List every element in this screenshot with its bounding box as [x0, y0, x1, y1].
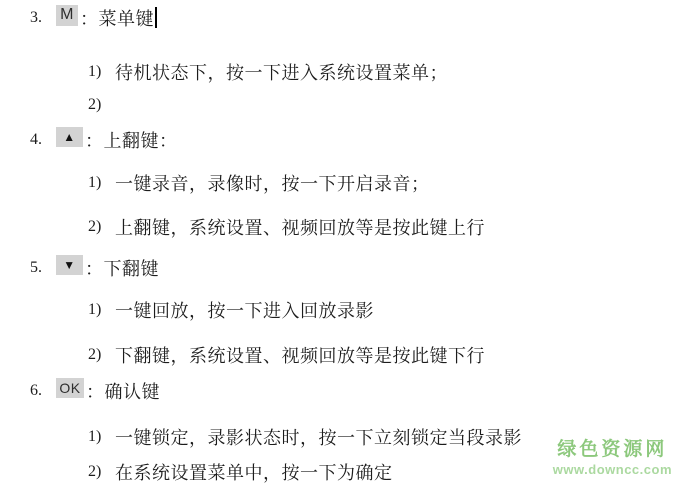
sub-text: 在系统设置菜单中，按一下为确定 [115, 459, 393, 485]
sub-text: 一键回放，按一下进入回放录影 [115, 297, 374, 323]
item-6-number: 6. [30, 382, 56, 400]
watermark-url: www.downcc.com [553, 463, 672, 477]
item-6-sub-1: 1) 一键锁定，录影状态时，按一下立刻锁定当段录影 [88, 425, 522, 449]
item-4-sub-1: 1) 一键录音，录像时，按一下开启录音； [88, 171, 430, 195]
item-6-sub-2: 2) 在系统设置菜单中，按一下为确定 [88, 460, 393, 484]
item-3-heading: 3. M ： 菜单键 [30, 6, 157, 30]
item-3-colon: ： [80, 5, 99, 31]
item-4-number: 4. [30, 131, 56, 149]
sub-text: 一键录音，录像时，按一下开启录音； [115, 170, 430, 196]
sub-text: 待机状态下，按一下进入系统设置菜单； [115, 59, 448, 85]
sub-number: 1) [88, 63, 115, 81]
watermark: 绿色资源网 www.downcc.com [553, 440, 672, 477]
item-4-colon: ： [85, 127, 104, 153]
sub-number: 2) [88, 218, 115, 236]
item-3-sub-1: 1) 待机状态下，按一下进入系统设置菜单； [88, 60, 448, 84]
document-page[interactable]: 3. M ： 菜单键 1) 待机状态下，按一下进入系统设置菜单； 2) 4. ▲… [0, 0, 694, 489]
item-4-heading: 4. ▲ ： 上翻键： [30, 128, 178, 152]
item-3-number: 3. [30, 9, 56, 27]
item-4-sub-2: 2) 上翻键，系统设置、视频回放等是按此键上行 [88, 215, 485, 239]
sub-text: 下翻键，系统设置、视频回放等是按此键下行 [115, 342, 485, 368]
item-4-title: 上翻键： [104, 127, 178, 153]
sub-text: 一键锁定，录影状态时，按一下立刻锁定当段录影 [115, 424, 522, 450]
sub-number: 1) [88, 174, 115, 192]
up-triangle-key-icon: ▲ [56, 127, 83, 147]
sub-number: 2) [88, 463, 115, 481]
sub-number: 1) [88, 428, 115, 446]
item-3-title: 菜单键 [99, 5, 155, 31]
down-triangle-key-icon: ▼ [56, 255, 83, 275]
menu-key-icon: M [56, 5, 78, 26]
item-5-sub-2: 2) 下翻键，系统设置、视频回放等是按此键下行 [88, 343, 485, 367]
sub-number: 2) [88, 346, 115, 364]
sub-number: 2) [88, 96, 115, 114]
text-cursor [155, 7, 157, 28]
item-5-heading: 5. ▼ ： 下翻键 [30, 256, 159, 280]
item-5-sub-1: 1) 一键回放，按一下进入回放录影 [88, 298, 374, 322]
item-6-colon: ： [86, 378, 105, 404]
item-6-heading: 6. OK ： 确认键 [30, 379, 160, 403]
item-5-number: 5. [30, 259, 56, 277]
item-5-colon: ： [85, 255, 104, 281]
ok-key-icon: OK [56, 378, 84, 398]
item-5-title: 下翻键 [104, 255, 160, 281]
item-3-sub-2: 2) [88, 93, 115, 117]
watermark-site-name: 绿色资源网 [553, 440, 672, 461]
sub-number: 1) [88, 301, 115, 319]
item-6-title: 确认键 [105, 378, 161, 404]
sub-text: 上翻键，系统设置、视频回放等是按此键上行 [115, 214, 485, 240]
